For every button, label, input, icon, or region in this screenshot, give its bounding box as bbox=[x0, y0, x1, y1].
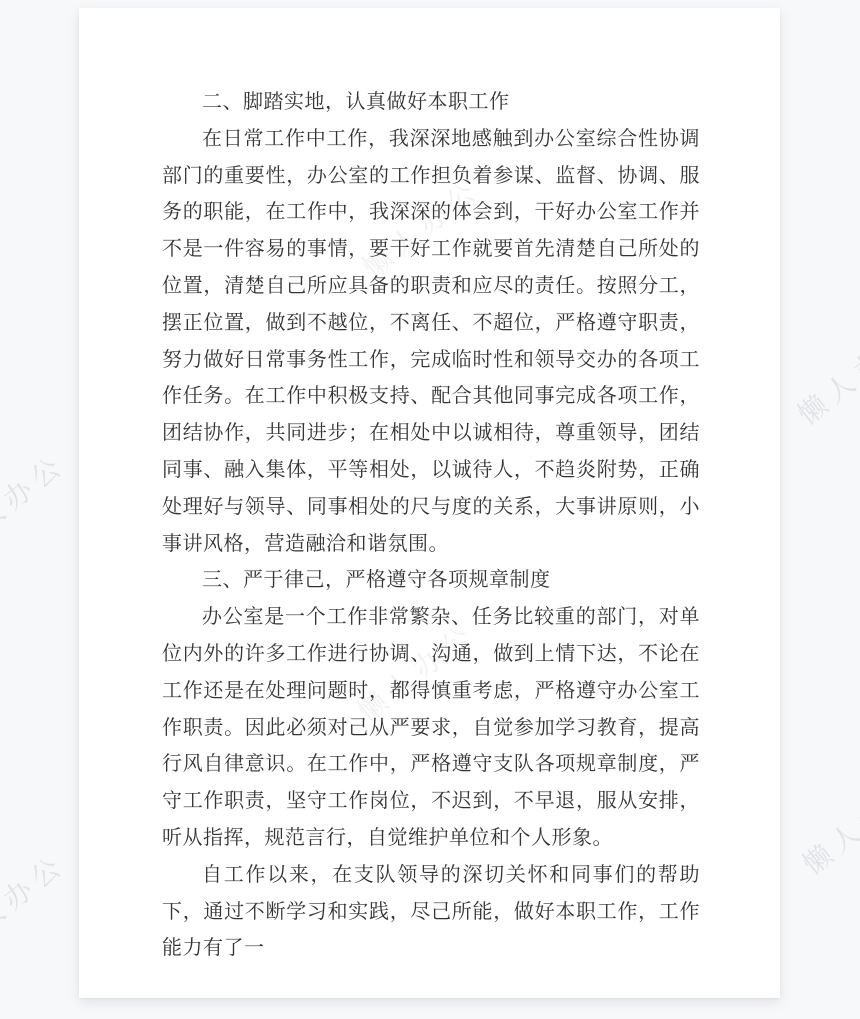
watermark-text: 懒人办公 bbox=[794, 759, 860, 883]
watermark-text: 懒人办公 bbox=[789, 309, 860, 433]
watermark-text: 懒人办公 bbox=[0, 437, 81, 561]
document-page: 二、脚踏实地，认真做好本职工作 在日常工作中工作，我深深地感触到办公室综合性协调… bbox=[79, 8, 780, 998]
section-heading-3: 三、严于律己，严格遵守各项规章制度 bbox=[162, 562, 700, 599]
paragraph-discipline: 办公室是一个工作非常繁杂、任务比较重的部门，对单位内外的许多工作进行协调、沟通，… bbox=[162, 599, 700, 857]
watermark-text: 懒人办公 bbox=[0, 837, 81, 961]
paragraph-summary-start: 自工作以来，在支队领导的深切关怀和同事们的帮助下，通过不断学习和实践，尽己所能，… bbox=[162, 857, 700, 967]
viewer-background: 二、脚踏实地，认真做好本职工作 在日常工作中工作，我深深地感触到办公室综合性协调… bbox=[0, 0, 860, 1019]
document-content: 二、脚踏实地，认真做好本职工作 在日常工作中工作，我深深地感触到办公室综合性协调… bbox=[79, 8, 780, 967]
paragraph-duty-work: 在日常工作中工作，我深深地感触到办公室综合性协调部门的重要性，办公室的工作担负着… bbox=[162, 121, 700, 563]
section-heading-2: 二、脚踏实地，认真做好本职工作 bbox=[162, 84, 700, 121]
